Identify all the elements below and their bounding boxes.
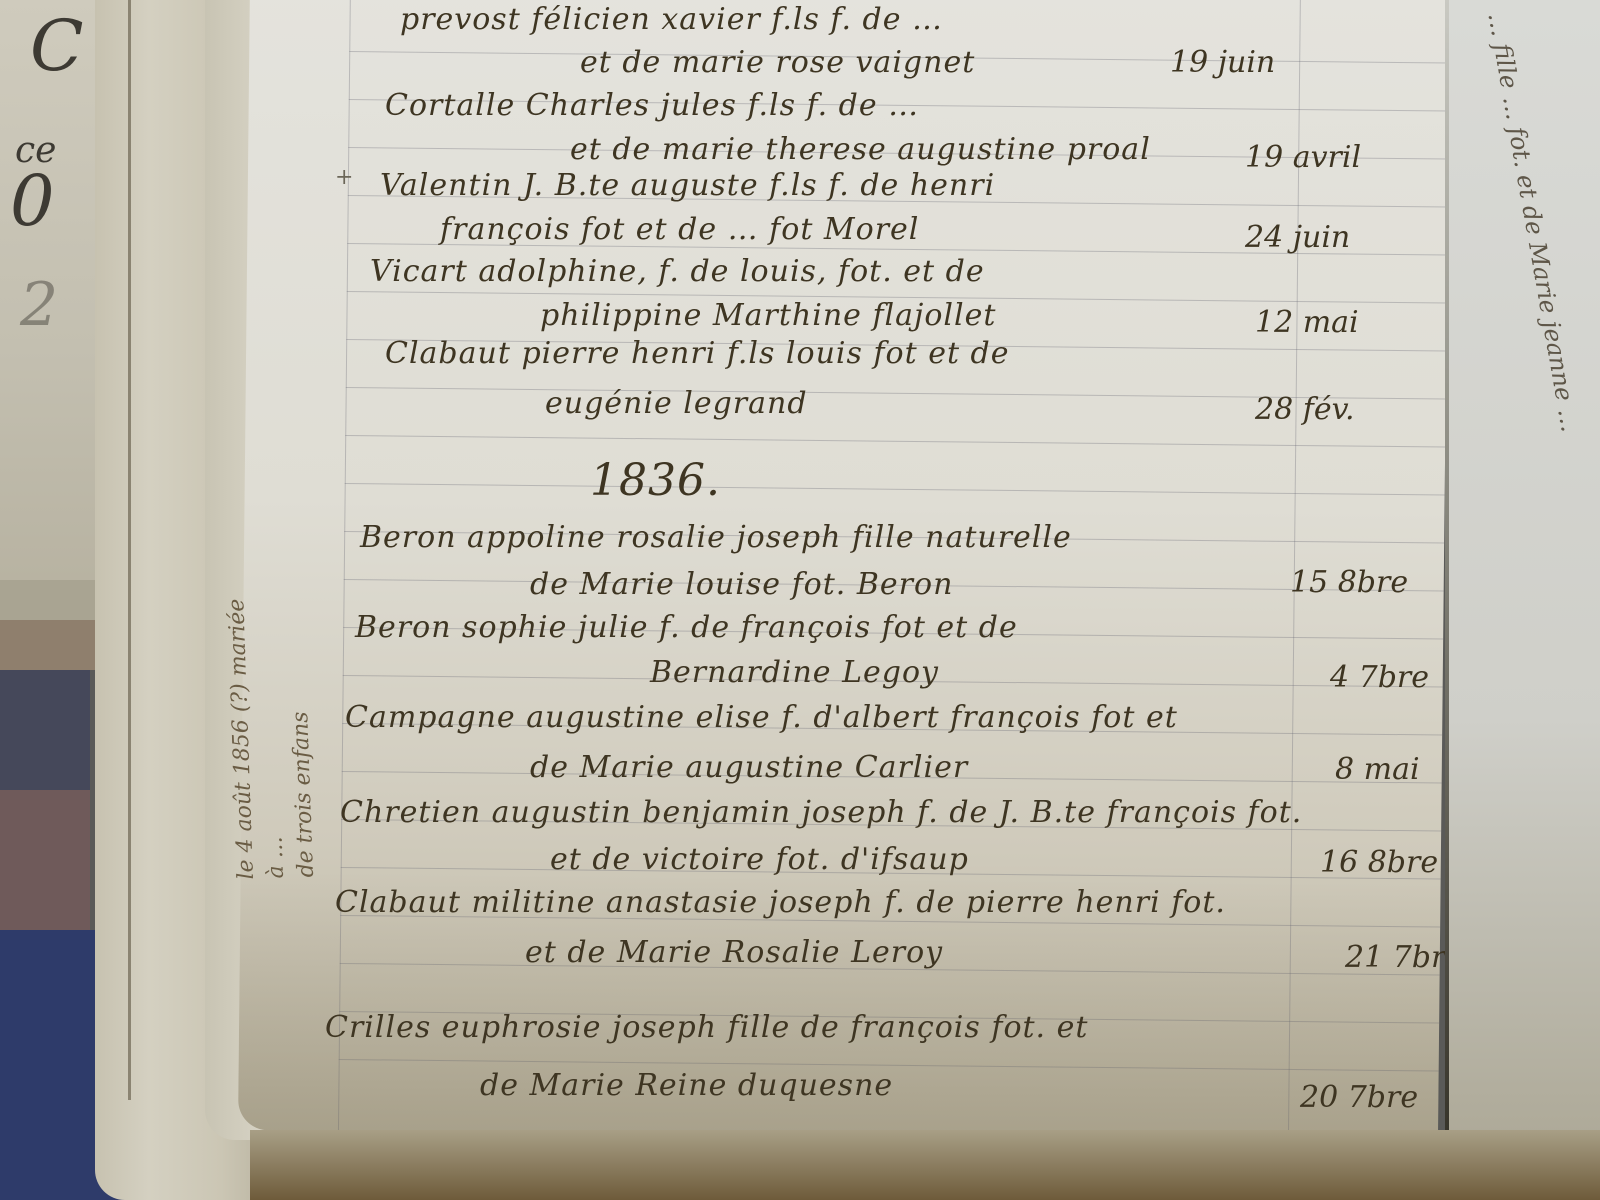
entry-line-2: de Marie augustine Carlier <box>530 750 968 785</box>
entry-date: 20 7bre <box>1300 1080 1418 1115</box>
entry-line-1: Clabaut militine anastasie joseph f. de … <box>335 885 1226 920</box>
entry-line-2: de Marie Reine duquesne <box>480 1068 893 1103</box>
margin-annotation: le 4 août 1856 (?) mariée à … de trois e… <box>222 596 322 880</box>
cover-letter: C <box>30 5 84 87</box>
entry-date: 24 juin <box>1245 220 1350 255</box>
entry-line-2: et de victoire fot. d'ifsaup <box>550 842 969 877</box>
entry-line-2: et de Marie Rosalie Leroy <box>525 935 943 970</box>
entry-line-1: Vicart adolphine, f. de louis, fot. et d… <box>370 254 985 289</box>
entry-date: 4 7bre <box>1330 660 1429 695</box>
entry-line-2: françois fot et de … fot Morel <box>440 212 919 247</box>
entry-line-2: philippine Marthine flajollet <box>540 298 996 333</box>
cover-digit-faded: 2 <box>20 270 58 340</box>
cover-digit: 0 <box>10 160 55 242</box>
background-shelf <box>0 580 100 620</box>
entry-line-1: Cortalle Charles jules f.ls f. de … <box>385 88 919 123</box>
entry-line-2: de Marie louise fot. Beron <box>530 567 953 602</box>
scene: C ce 0 2 + <box>0 0 1600 1200</box>
entry-line-1: Valentin J. B.te auguste f.ls f. de henr… <box>380 168 995 203</box>
entry-line-2: et de marie rose vaignet <box>580 45 975 80</box>
entry-line-1: Crilles euphrosie joseph fille de franço… <box>325 1010 1088 1045</box>
entry-line-1: Campagne augustine elise f. d'albert fra… <box>345 700 1178 735</box>
page-gutter <box>1445 0 1449 1200</box>
binding-edge <box>128 0 131 1100</box>
entry-date: 15 8bre <box>1290 565 1408 600</box>
entry-date: 19 avril <box>1245 140 1361 175</box>
entry-line-1: Clabaut pierre henri f.ls louis fot et d… <box>385 336 1010 371</box>
entry-date: 12 mai <box>1255 305 1359 340</box>
pencil-cross-mark: + <box>335 165 353 190</box>
entry-line-1: Beron sophie julie f. de françois fot et… <box>355 610 1018 645</box>
year-heading: 1836. <box>590 455 721 506</box>
entry-line-1: Beron appoline rosalie joseph fille natu… <box>360 520 1072 555</box>
entry-line-2: Bernardine Legoy <box>650 655 939 690</box>
entry-line-1: prevost félicien xavier f.ls f. de … <box>400 2 943 37</box>
background-shelf <box>0 670 90 790</box>
background-shelf <box>0 620 95 670</box>
entry-date: 19 juin <box>1170 45 1275 80</box>
entry-date: 8 mai <box>1335 752 1420 787</box>
page-bottom-edge <box>250 1130 1600 1200</box>
entry-date: 28 fév. <box>1255 392 1355 427</box>
entry-line-2: eugénie legrand <box>545 386 808 421</box>
entry-date: 16 8bre <box>1320 845 1438 880</box>
entry-line-1: Chretien augustin benjamin joseph f. de … <box>340 795 1302 830</box>
entry-line-2: et de marie therese augustine proal <box>570 132 1151 167</box>
